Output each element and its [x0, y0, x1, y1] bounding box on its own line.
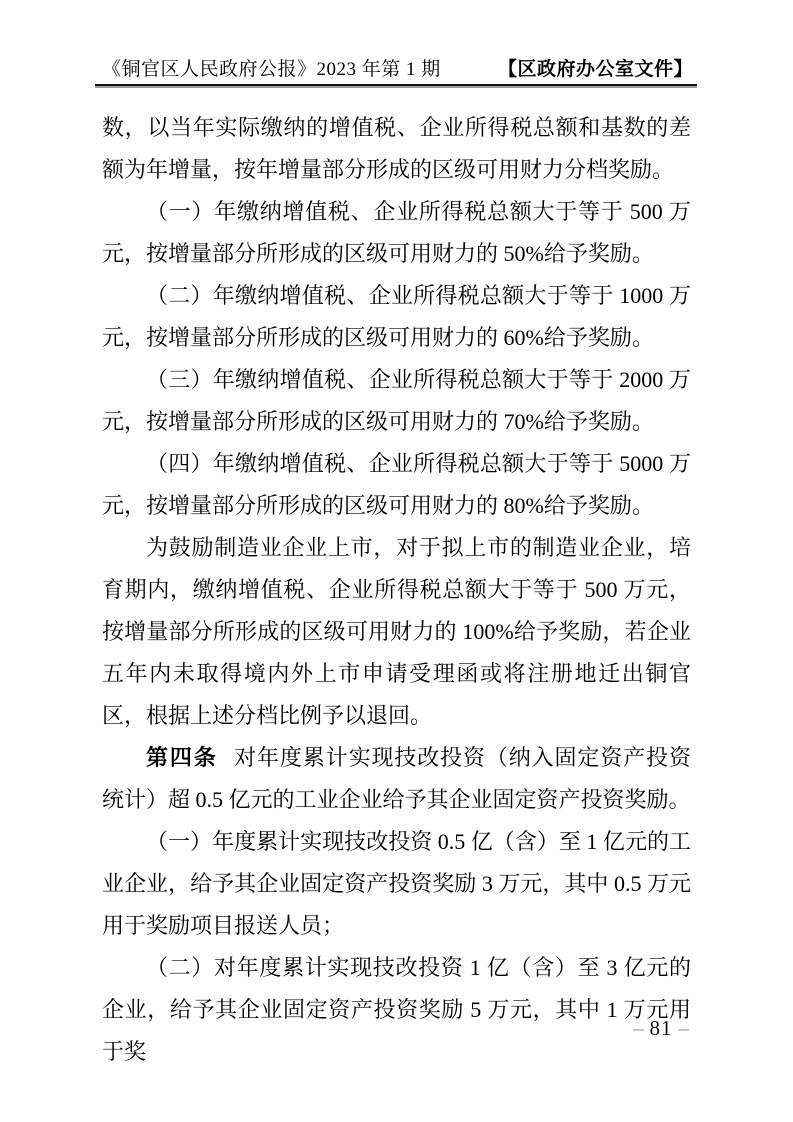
- page-number: 81: [650, 1016, 673, 1040]
- article-4-number: 第四条: [146, 745, 218, 770]
- paragraph-article-4: 第四条对年度累计实现技改投资（纳入固定资产投资统计）超 0.5 亿元的工业企业给…: [102, 737, 691, 821]
- section-label: 【区政府办公室文件】: [498, 54, 693, 81]
- clause-item-4: （四）年缴纳增值税、企业所得税总额大于等于 5000 万元，按增量部分所形成的区…: [102, 443, 691, 527]
- page-header: 《铜官区人民政府公报》2023 年第 1 期 【区政府办公室文件】: [102, 54, 693, 81]
- page-number-dash-left: –: [627, 1016, 650, 1040]
- clause-item-1: （一）年缴纳增值税、企业所得税总额大于等于 500 万元，按增量部分所形成的区级…: [102, 191, 691, 275]
- page-footer: –81–: [606, 991, 695, 1066]
- clause-item-3: （三）年缴纳增值税、企业所得税总额大于等于 2000 万元，按增量部分所形成的区…: [102, 359, 691, 443]
- article-4-clause-1: （一）年度累计实现技改投资 0.5 亿（含）至 1 亿元的工业企业，给予其企业固…: [102, 821, 691, 947]
- paragraph-listing-incentive: 为鼓励制造业企业上市，对于拟上市的制造业企业，培育期内，缴纳增值税、企业所得税总…: [102, 527, 691, 737]
- header-rule-divider: [95, 84, 697, 88]
- article-4-clause-2: （二）对年度累计实现技改投资 1 亿（含）至 3 亿元的企业，给予其企业固定资产…: [102, 947, 691, 1073]
- gazette-title-issue: 《铜官区人民政府公报》2023 年第 1 期: [102, 54, 441, 81]
- clause-item-2: （二）年缴纳增值税、企业所得税总额大于等于 1000 万元，按增量部分所形成的区…: [102, 275, 691, 359]
- page-number-dash-right: –: [673, 1016, 696, 1040]
- document-body: 数，以当年实际缴纳的增值税、企业所得税总额和基数的差额为年增量，按年增量部分形成…: [102, 107, 691, 1073]
- paragraph-continuation: 数，以当年实际缴纳的增值税、企业所得税总额和基数的差额为年增量，按年增量部分形成…: [102, 107, 691, 191]
- gazette-page: 《铜官区人民政府公报》2023 年第 1 期 【区政府办公室文件】 数，以当年实…: [0, 0, 793, 1122]
